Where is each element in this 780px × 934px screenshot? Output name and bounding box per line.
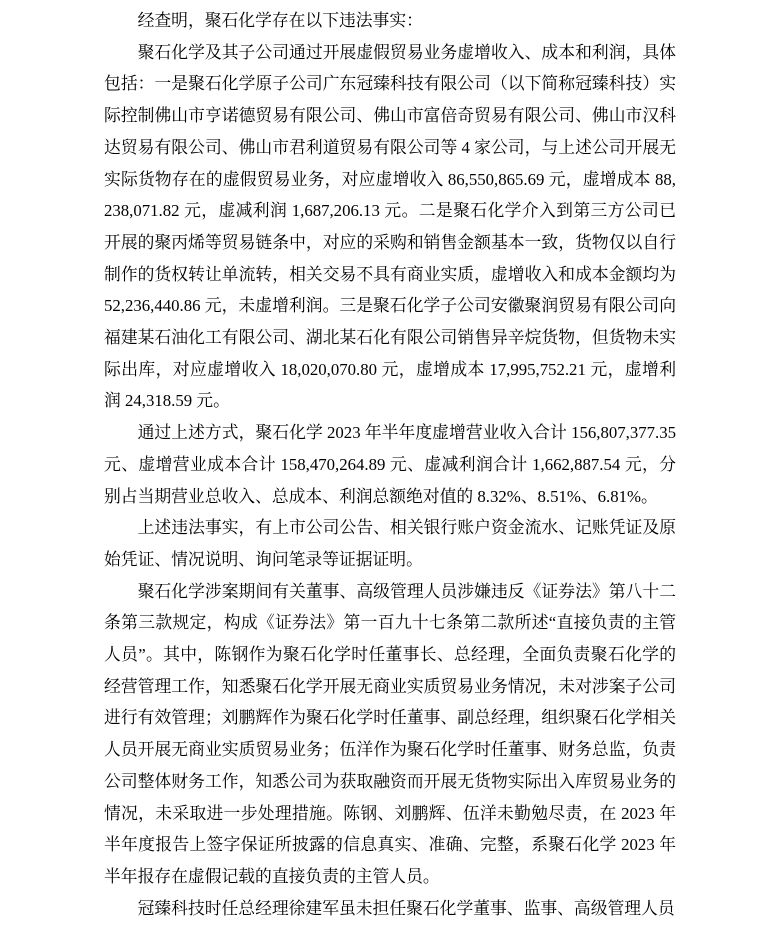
paragraph-false-trade-details: 聚石化学及其子公司通过开展虚假贸易业务虚增收入、成本和利润，具体包括：一是聚石化…	[104, 37, 676, 417]
document-body: 经查明，聚石化学存在以下违法事实： 聚石化学及其子公司通过开展虚假贸易业务虚增收…	[104, 5, 676, 924]
paragraph-evidence: 上述违法事实，有上市公司公告、相关银行账户资金流水、记账凭证及原始凭证、情况说明…	[104, 512, 676, 575]
paragraph-guanzhen-manager: 冠臻科技时任总经理徐建军虽未担任聚石化学董事、监事、高级管理人员	[104, 893, 676, 925]
document-page: 经查明，聚石化学存在以下违法事实： 聚石化学及其子公司通过开展虚假贸易业务虚增收…	[0, 0, 780, 934]
paragraph-totals-summary: 通过上述方式，聚石化学 2023 年半年度虚增营业收入合计 156,807,37…	[104, 417, 676, 512]
paragraph-responsible-persons: 聚石化学涉案期间有关董事、高级管理人员涉嫌违反《证券法》第八十二条第三款规定，构…	[104, 576, 676, 893]
paragraph-findings-intro: 经查明，聚石化学存在以下违法事实：	[104, 5, 676, 37]
